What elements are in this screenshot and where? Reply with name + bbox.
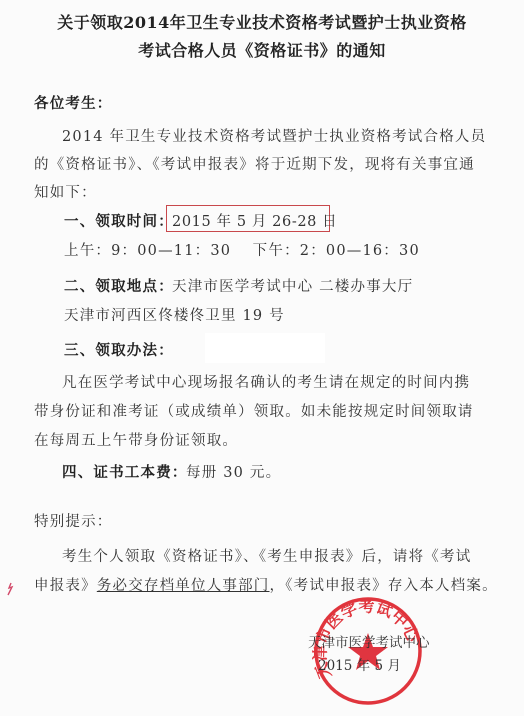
signature-org: 天津市医学考试中心 xyxy=(308,631,430,651)
section4-label: 四、证书工本费： xyxy=(62,461,188,482)
title-line-1: 关于领取2014年卫生专业技术资格考试暨护士执业资格 xyxy=(0,10,524,33)
salutation: 各位考生： xyxy=(34,92,113,113)
pickup-place: 天津市医学考试中心 二楼办事大厅 xyxy=(172,275,413,296)
red-pen-mark-icon xyxy=(6,582,14,596)
method-line-1: 凡在医学考试中心现场报名确认的考生请在规定的时间内携 xyxy=(62,371,470,392)
title-line-2: 考试合格人员《资格证书》的通知 xyxy=(0,38,524,61)
notice-document: 关于领取2014年卫生专业技术资格考试暨护士执业资格 考试合格人员《资格证书》的… xyxy=(0,0,524,716)
notice-line-2-post: ，《考试申报表》存入本人档案。 xyxy=(270,578,498,594)
section3-label: 三、领取办法： xyxy=(64,339,174,360)
pickup-address: 天津市河西区佟楼佟卫里 19 号 xyxy=(64,304,285,325)
section2-label: 二、领取地点： xyxy=(64,275,174,296)
pickup-hours: 上午：9：00—11：30 下午：2：00—16：30 xyxy=(64,239,420,260)
intro-line-3: 知如下： xyxy=(34,181,97,202)
method-line-2: 带身份证和准考证（或成绩单）领取。如未能按规定时间领取请 xyxy=(34,400,474,421)
pickup-date: 2015 年 5 月 26-28 日 xyxy=(172,210,337,231)
section1-label: 一、领取时间： xyxy=(64,210,174,231)
official-seal-icon: 天津市医学考试中心 xyxy=(312,595,424,707)
notice-line-2: 申报表》务必交存档单位人事部门，《考试申报表》存入本人档案。 xyxy=(34,574,498,595)
intro-line-1: 2014 年卫生专业技术资格考试暨护士执业资格考试合格人员 xyxy=(62,125,486,146)
notice-line-1: 考生个人领取《资格证书》、《考生申报表》后，请将《考试 xyxy=(62,545,471,566)
notice-heading: 特别提示： xyxy=(34,510,113,531)
intro-line-2: 的《资格证书》、《考试申报表》将于近期下发，现将有关事宜通 xyxy=(34,153,475,174)
notice-line-2-pre: 申报表》 xyxy=(34,578,97,594)
blank-patch xyxy=(205,333,325,363)
method-line-3: 在每周五上午带身份证领取。 xyxy=(34,429,238,450)
fee-value: 每册 30 元。 xyxy=(186,461,281,482)
notice-underlined-text: 务必交存档单位人事部门 xyxy=(97,578,270,594)
signature-date: 2015 年 5 月 xyxy=(318,654,401,674)
